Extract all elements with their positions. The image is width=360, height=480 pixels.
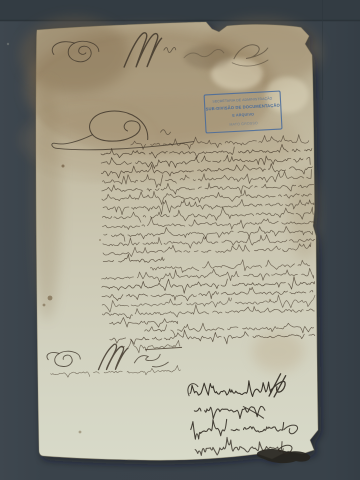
foxing-dot — [79, 431, 82, 434]
foxing-dot — [99, 239, 101, 241]
foxing-dot — [62, 165, 65, 168]
stain-top-left — [20, 17, 130, 93]
paper-sheet — [20, 17, 322, 463]
document-photograph: SECRETARIA DE ADMINISTRAÇÃO SUB-DIVISÃO … — [0, 0, 360, 480]
photo-canvas: SECRETARIA DE ADMINISTRAÇÃO SUB-DIVISÃO … — [0, 0, 360, 480]
heading-smudge — [184, 45, 232, 69]
stain-left-edge — [33, 80, 61, 320]
stain-signature-area — [252, 332, 304, 372]
foxing-dot — [48, 296, 53, 301]
backdrop-top-band — [0, 0, 360, 20]
backdrop-speck — [7, 43, 9, 45]
foxing-dot — [43, 304, 46, 307]
